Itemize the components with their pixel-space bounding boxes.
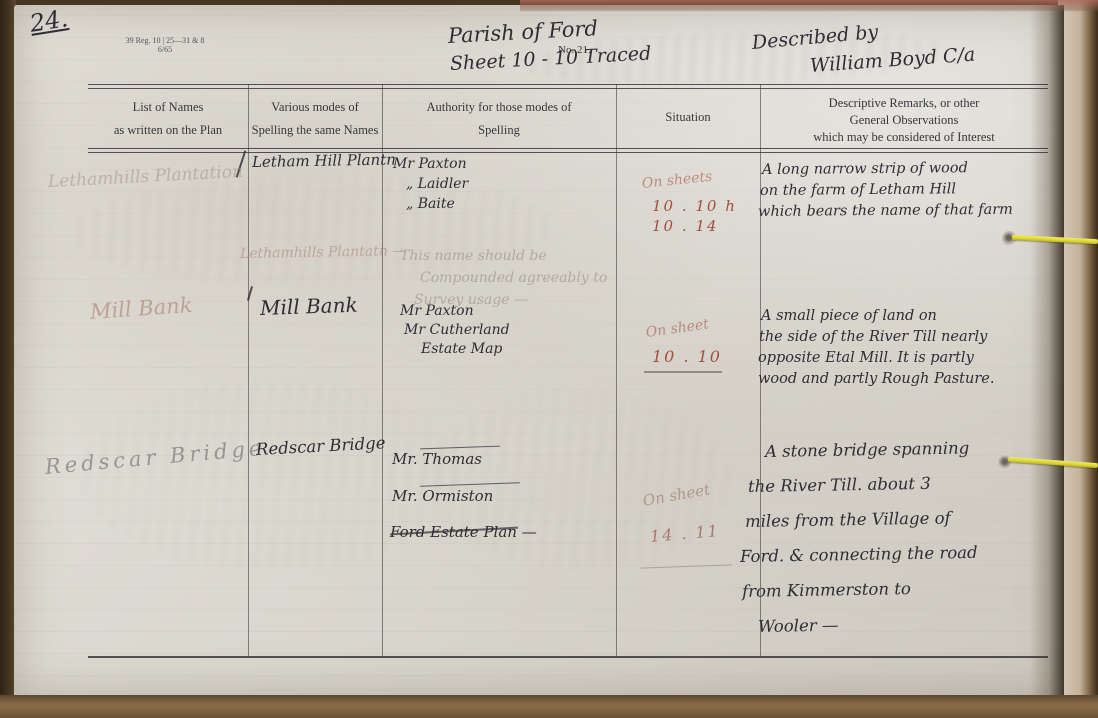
form-stamp-line2: 6/65 [100,45,230,54]
row3-spelling: Mill Bank [260,293,358,320]
ink-bleedthrough [430,390,730,570]
row1-remarks-line3: which bears the name of that farm [758,202,1013,220]
book-cover-top-edge [520,0,1098,12]
row1-authority-line1: Mr Paxton [393,156,467,172]
row1-situation-line2: 10 . 10 h [652,197,737,215]
underlying-page-edge [1058,0,1098,718]
row4-authority-line1: Mr. Thomas [392,450,482,468]
column-divider [248,84,249,656]
row3-remarks-line2: the side of the River Till nearly [759,329,987,345]
row3-remarks-line1: A small piece of land on [761,308,937,324]
ledger-photo: 24. 39 Reg. 10 | 25—31 & 8 6/65 Parish o… [0,0,1098,718]
table-rule [88,148,1048,149]
col-header-spelling-1: Various modes of [248,100,382,115]
row1-situation-line3: 10 . 14 [652,217,718,235]
row4-remarks-line1: A stone bridge spanning [765,438,970,461]
table-rule [88,656,1048,658]
row3-authority-line2: Mr Cutherland [404,322,510,338]
col-header-remarks-3: which may be considered of Interest [760,130,1048,145]
row2-note-line1: This name should be [400,248,547,264]
row4-remarks-line2: the River Till. about 3 [748,474,931,496]
col-header-authority-1: Authority for those modes of [382,100,616,115]
book-cover-bottom-edge [0,695,1098,718]
situation-underline [644,371,722,373]
row1-authority-line2: „ Laidler [406,176,468,192]
form-stamp-line1: 39 Reg. 10 | 25—31 & 8 [100,36,230,45]
col-header-remarks-2: General Observations [760,113,1048,128]
row1-spelling: Letham Hill Plantn [252,150,396,171]
row3-authority-line3: Estate Map [421,341,502,357]
row4-authority-line2: Mr. Ormiston [392,487,493,505]
row3-remarks-line3: opposite Etal Mill. It is partly [758,350,974,366]
row3-remarks-line4: wood and partly Rough Pasture. [758,371,994,387]
row2-note-line2: Compounded agreeably to [420,270,607,286]
table-rule [88,84,1048,85]
row4-authority-line3: Ford Estate Plan — [390,523,537,541]
row1-remarks-line2: on the farm of Letham Hill [760,181,956,199]
row4-remarks-line6: Wooler — [758,616,839,636]
col-header-names-1: List of Names [88,100,248,115]
row1-authority-line3: „ Baite [406,196,455,212]
column-divider [382,84,383,656]
ink-bleedthrough [80,380,460,570]
row4-remarks-line5: from Kimmerston to [742,579,911,601]
col-header-spelling-2: Spelling the same Names [248,123,382,138]
row2-plan-name: Lethamhills Plantatn — [240,243,407,262]
row3-authority-line1: Mr Paxton [400,303,474,319]
col-header-authority-2: Spelling [382,123,616,138]
page-number: 24. [28,4,70,38]
col-header-situation: Situation [616,110,760,125]
table-rule [88,152,1048,153]
col-header-remarks-1: Descriptive Remarks, or other [760,96,1048,111]
table-rule [88,88,1048,89]
row1-remarks-line1: A long narrow strip of wood [762,160,968,178]
form-stamp: 39 Reg. 10 | 25—31 & 8 6/65 [100,36,230,54]
col-header-names-2: as written on the Plan [88,123,248,138]
row3-situation-line2: 10 . 10 [652,347,722,366]
column-divider [616,84,617,656]
row4-remarks-line3: miles from the Village of [745,508,951,531]
